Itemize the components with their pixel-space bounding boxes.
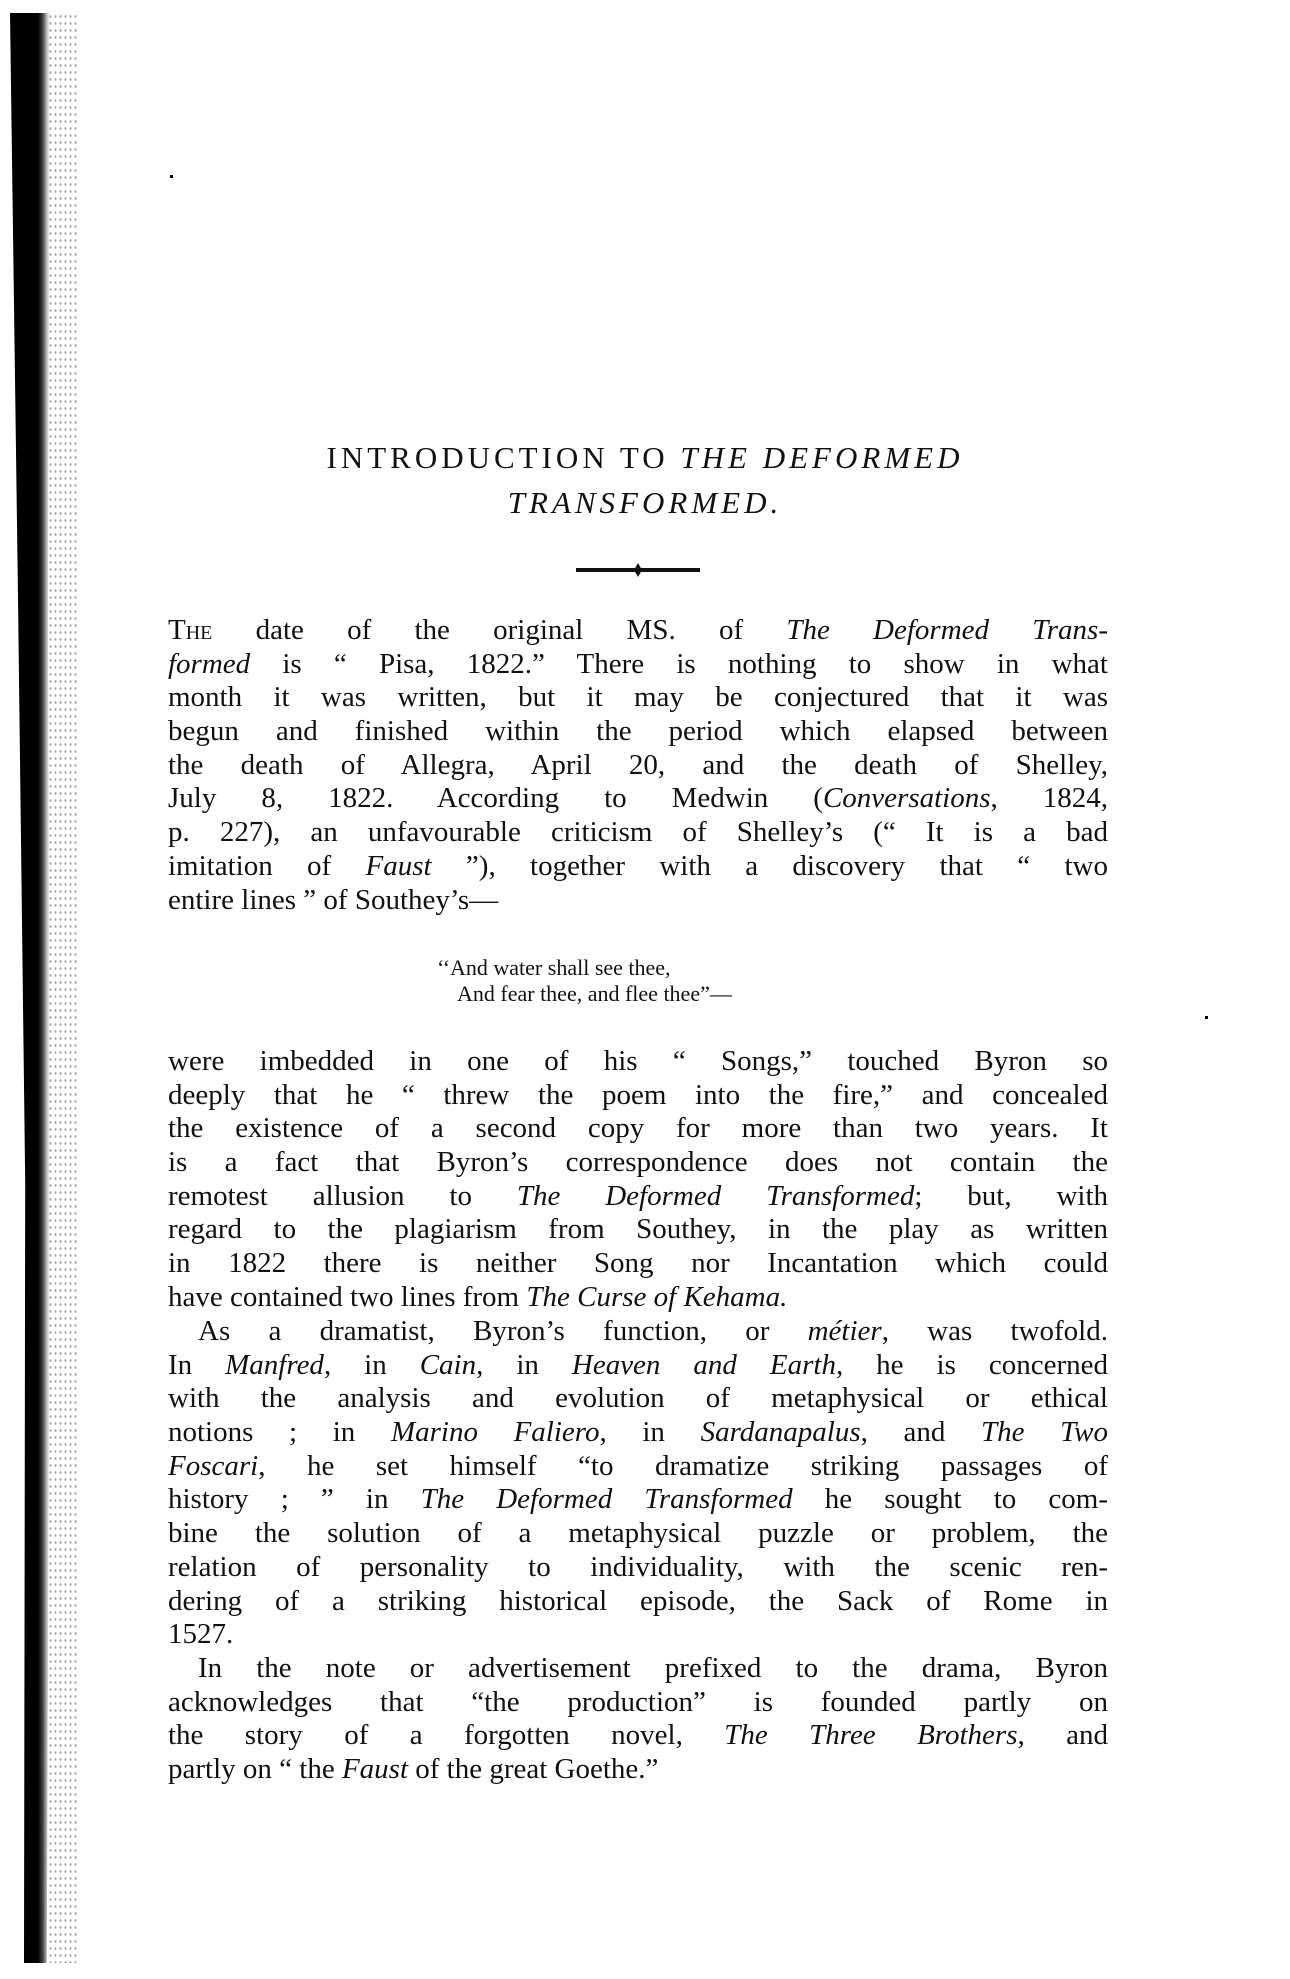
text-run: bine the solution of a metaphysical puzz… bbox=[168, 1517, 1108, 1549]
text-run: remotest allusion to bbox=[168, 1180, 517, 1212]
italic-text: Faust bbox=[342, 1753, 408, 1785]
text-line: the story of a forgotten novel, The Thre… bbox=[168, 1719, 1108, 1753]
italic-text: The Three Brothers bbox=[724, 1719, 1017, 1751]
italic-text: Marino Faliero bbox=[391, 1416, 600, 1448]
text-run: with the analysis and evolution of metap… bbox=[168, 1382, 1108, 1414]
text-run: were imbedded in one of his “ Songs,” to… bbox=[168, 1045, 1108, 1077]
text-line: begun and finished within the period whi… bbox=[168, 715, 1108, 749]
text-line: is a fact that Byron’s correspondence do… bbox=[168, 1146, 1108, 1180]
ornamental-divider bbox=[576, 568, 700, 572]
text-run: in 1822 there is neither Song nor Incant… bbox=[168, 1247, 1108, 1279]
text-run: , in bbox=[476, 1349, 572, 1381]
text-run: , he set himself “to dramatize striking … bbox=[258, 1450, 1108, 1482]
text-line: regard to the plagiarism from Southey, i… bbox=[168, 1213, 1108, 1247]
text-line: entire lines ” of Southey’s— bbox=[168, 884, 1108, 918]
paragraph-1-continued: were imbedded in one of his “ Songs,” to… bbox=[168, 1045, 1108, 1315]
text-line: p. 227), an unfavourable criticism of Sh… bbox=[168, 816, 1108, 850]
text-line: acknowledges that “the production” is fo… bbox=[168, 1686, 1108, 1720]
text-line: relation of personality to individuality… bbox=[168, 1551, 1108, 1585]
text-run: begun and finished within the period whi… bbox=[168, 715, 1108, 747]
text-run: relation of personality to individuality… bbox=[168, 1551, 1108, 1583]
italic-text: Manfred bbox=[225, 1349, 324, 1381]
text-run: ; but, with bbox=[914, 1180, 1108, 1212]
text-line: were imbedded in one of his “ Songs,” to… bbox=[168, 1045, 1108, 1079]
text-run: July 8, 1822. According to Medwin ( bbox=[168, 782, 823, 814]
text-run: is a fact that Byron’s correspondence do… bbox=[168, 1146, 1108, 1178]
text-line: partly on “ the Faust of the great Goeth… bbox=[168, 1753, 1108, 1787]
text-line: Foscari, he set himself “to dramatize st… bbox=[168, 1450, 1108, 1484]
italic-text: Heaven and Earth bbox=[572, 1349, 836, 1381]
text-line: As a dramatist, Byron’s function, or mét… bbox=[168, 1315, 1108, 1349]
text-line: formed is “ Pisa, 1822.” There is nothin… bbox=[168, 648, 1108, 682]
text-run: acknowledges that “the production” is fo… bbox=[168, 1686, 1108, 1718]
text-run: have contained two lines from bbox=[168, 1281, 526, 1313]
italic-text: The Deformed Transformed bbox=[421, 1483, 793, 1515]
title-italic: THE DEFORMED bbox=[680, 440, 963, 475]
verse-line-1: ‘‘And water shall see thee, bbox=[437, 955, 732, 981]
text-line: with the analysis and evolution of metap… bbox=[168, 1382, 1108, 1416]
title-roman: INTRODUCTION TO bbox=[327, 440, 681, 475]
scan-speck bbox=[1205, 1016, 1208, 1019]
text-line: notions ; in Marino Faliero, in Sardanap… bbox=[168, 1416, 1108, 1450]
text-run: As a dramatist, Byron’s function, or bbox=[198, 1315, 808, 1347]
paragraph-2: As a dramatist, Byron’s function, or mét… bbox=[168, 1315, 1108, 1652]
text-run: , he is concerned bbox=[836, 1349, 1108, 1381]
text-run: , was twofold. bbox=[882, 1315, 1108, 1347]
text-line: bine the solution of a metaphysical puzz… bbox=[168, 1517, 1108, 1551]
text-run: of the great Goethe.” bbox=[408, 1753, 658, 1785]
text-run: In the note or advertisement prefixed to… bbox=[198, 1652, 1108, 1684]
text-run: , and bbox=[861, 1416, 981, 1448]
text-line: In the note or advertisement prefixed to… bbox=[168, 1652, 1108, 1686]
book-binding-shadow bbox=[10, 13, 50, 1963]
text-line: the existence of a second copy for more … bbox=[168, 1112, 1108, 1146]
text-run: , 1824, bbox=[991, 782, 1109, 814]
scan-noise bbox=[48, 13, 78, 1963]
text-line: imitation of Faust ”), together with a d… bbox=[168, 850, 1108, 884]
text-run: In bbox=[168, 1349, 225, 1381]
text-run: imitation of bbox=[168, 850, 366, 882]
text-run: , and bbox=[1018, 1719, 1109, 1751]
text-line: the death of Allegra, April 20, and the … bbox=[168, 749, 1108, 783]
text-run: the story of a forgotten novel, bbox=[168, 1719, 724, 1751]
text-run: , in bbox=[324, 1349, 420, 1381]
text-run: the existence of a second copy for more … bbox=[168, 1112, 1108, 1144]
text-run: he sought to com- bbox=[793, 1483, 1108, 1515]
italic-text: Conversations bbox=[823, 782, 991, 814]
italic-text: Faust bbox=[366, 850, 432, 882]
text-run: ”), together with a discovery that “ two bbox=[432, 850, 1108, 882]
italic-text: Cain bbox=[420, 1349, 476, 1381]
text-line: remotest allusion to The Deformed Transf… bbox=[168, 1180, 1108, 1214]
italic-text: métier bbox=[808, 1315, 882, 1347]
text-run: date of the original MS. of bbox=[212, 614, 786, 646]
text-run: notions ; in bbox=[168, 1416, 391, 1448]
italic-text: formed bbox=[168, 648, 250, 680]
text-line: history ; ” in The Deformed Transformed … bbox=[168, 1483, 1108, 1517]
text-line: have contained two lines from The Curse … bbox=[168, 1281, 1108, 1315]
page-title: INTRODUCTION TO THE DEFORMED TRANSFORMED… bbox=[0, 435, 1290, 525]
text-line: The date of the original MS. of The Defo… bbox=[168, 614, 1108, 648]
scan-speck bbox=[170, 175, 173, 178]
text-run: , in bbox=[599, 1416, 700, 1448]
italic-text: Sardanapalus bbox=[701, 1416, 861, 1448]
text-run: is “ Pisa, 1822.” There is nothing to sh… bbox=[250, 648, 1108, 680]
text-run: The bbox=[168, 614, 212, 646]
text-run: regard to the plagiarism from Southey, i… bbox=[168, 1213, 1108, 1245]
text-line: dering of a striking historical episode,… bbox=[168, 1585, 1108, 1619]
text-run: history ; ” in bbox=[168, 1483, 421, 1515]
italic-text: Foscari bbox=[168, 1450, 258, 1482]
text-run: partly on “ the bbox=[168, 1753, 342, 1785]
text-run: the death of Allegra, April 20, and the … bbox=[168, 749, 1108, 781]
italic-text: The Deformed Transformed bbox=[517, 1180, 914, 1212]
text-run: entire lines ” of Southey’s— bbox=[168, 884, 498, 916]
italic-text: The Curse of Kehama. bbox=[526, 1281, 787, 1313]
text-line: in 1822 there is neither Song nor Incant… bbox=[168, 1247, 1108, 1281]
quoted-verse: ‘‘And water shall see thee, And fear the… bbox=[437, 955, 732, 1007]
text-line: 1527. bbox=[168, 1618, 1108, 1652]
title-line2: TRANSFORMED. bbox=[0, 480, 1290, 525]
text-run: month it was written, but it may be conj… bbox=[168, 681, 1108, 713]
text-run: dering of a striking historical episode,… bbox=[168, 1585, 1108, 1617]
paragraph-3: In the note or advertisement prefixed to… bbox=[168, 1652, 1108, 1787]
text-line: In Manfred, in Cain, in Heaven and Earth… bbox=[168, 1349, 1108, 1383]
paragraph-1: The date of the original MS. of The Defo… bbox=[168, 614, 1108, 917]
italic-text: The Two bbox=[981, 1416, 1108, 1448]
diamond-ornament-icon bbox=[634, 563, 642, 577]
text-line: July 8, 1822. According to Medwin (Conve… bbox=[168, 782, 1108, 816]
text-run: 1527. bbox=[168, 1618, 233, 1650]
verse-line-2: And fear thee, and flee thee”— bbox=[437, 981, 732, 1007]
text-run: p. 227), an unfavourable criticism of Sh… bbox=[168, 816, 1108, 848]
text-line: month it was written, but it may be conj… bbox=[168, 681, 1108, 715]
text-run: deeply that he “ threw the poem into the… bbox=[168, 1079, 1108, 1111]
italic-text: The Deformed Trans- bbox=[786, 614, 1108, 646]
text-line: deeply that he “ threw the poem into the… bbox=[168, 1079, 1108, 1113]
